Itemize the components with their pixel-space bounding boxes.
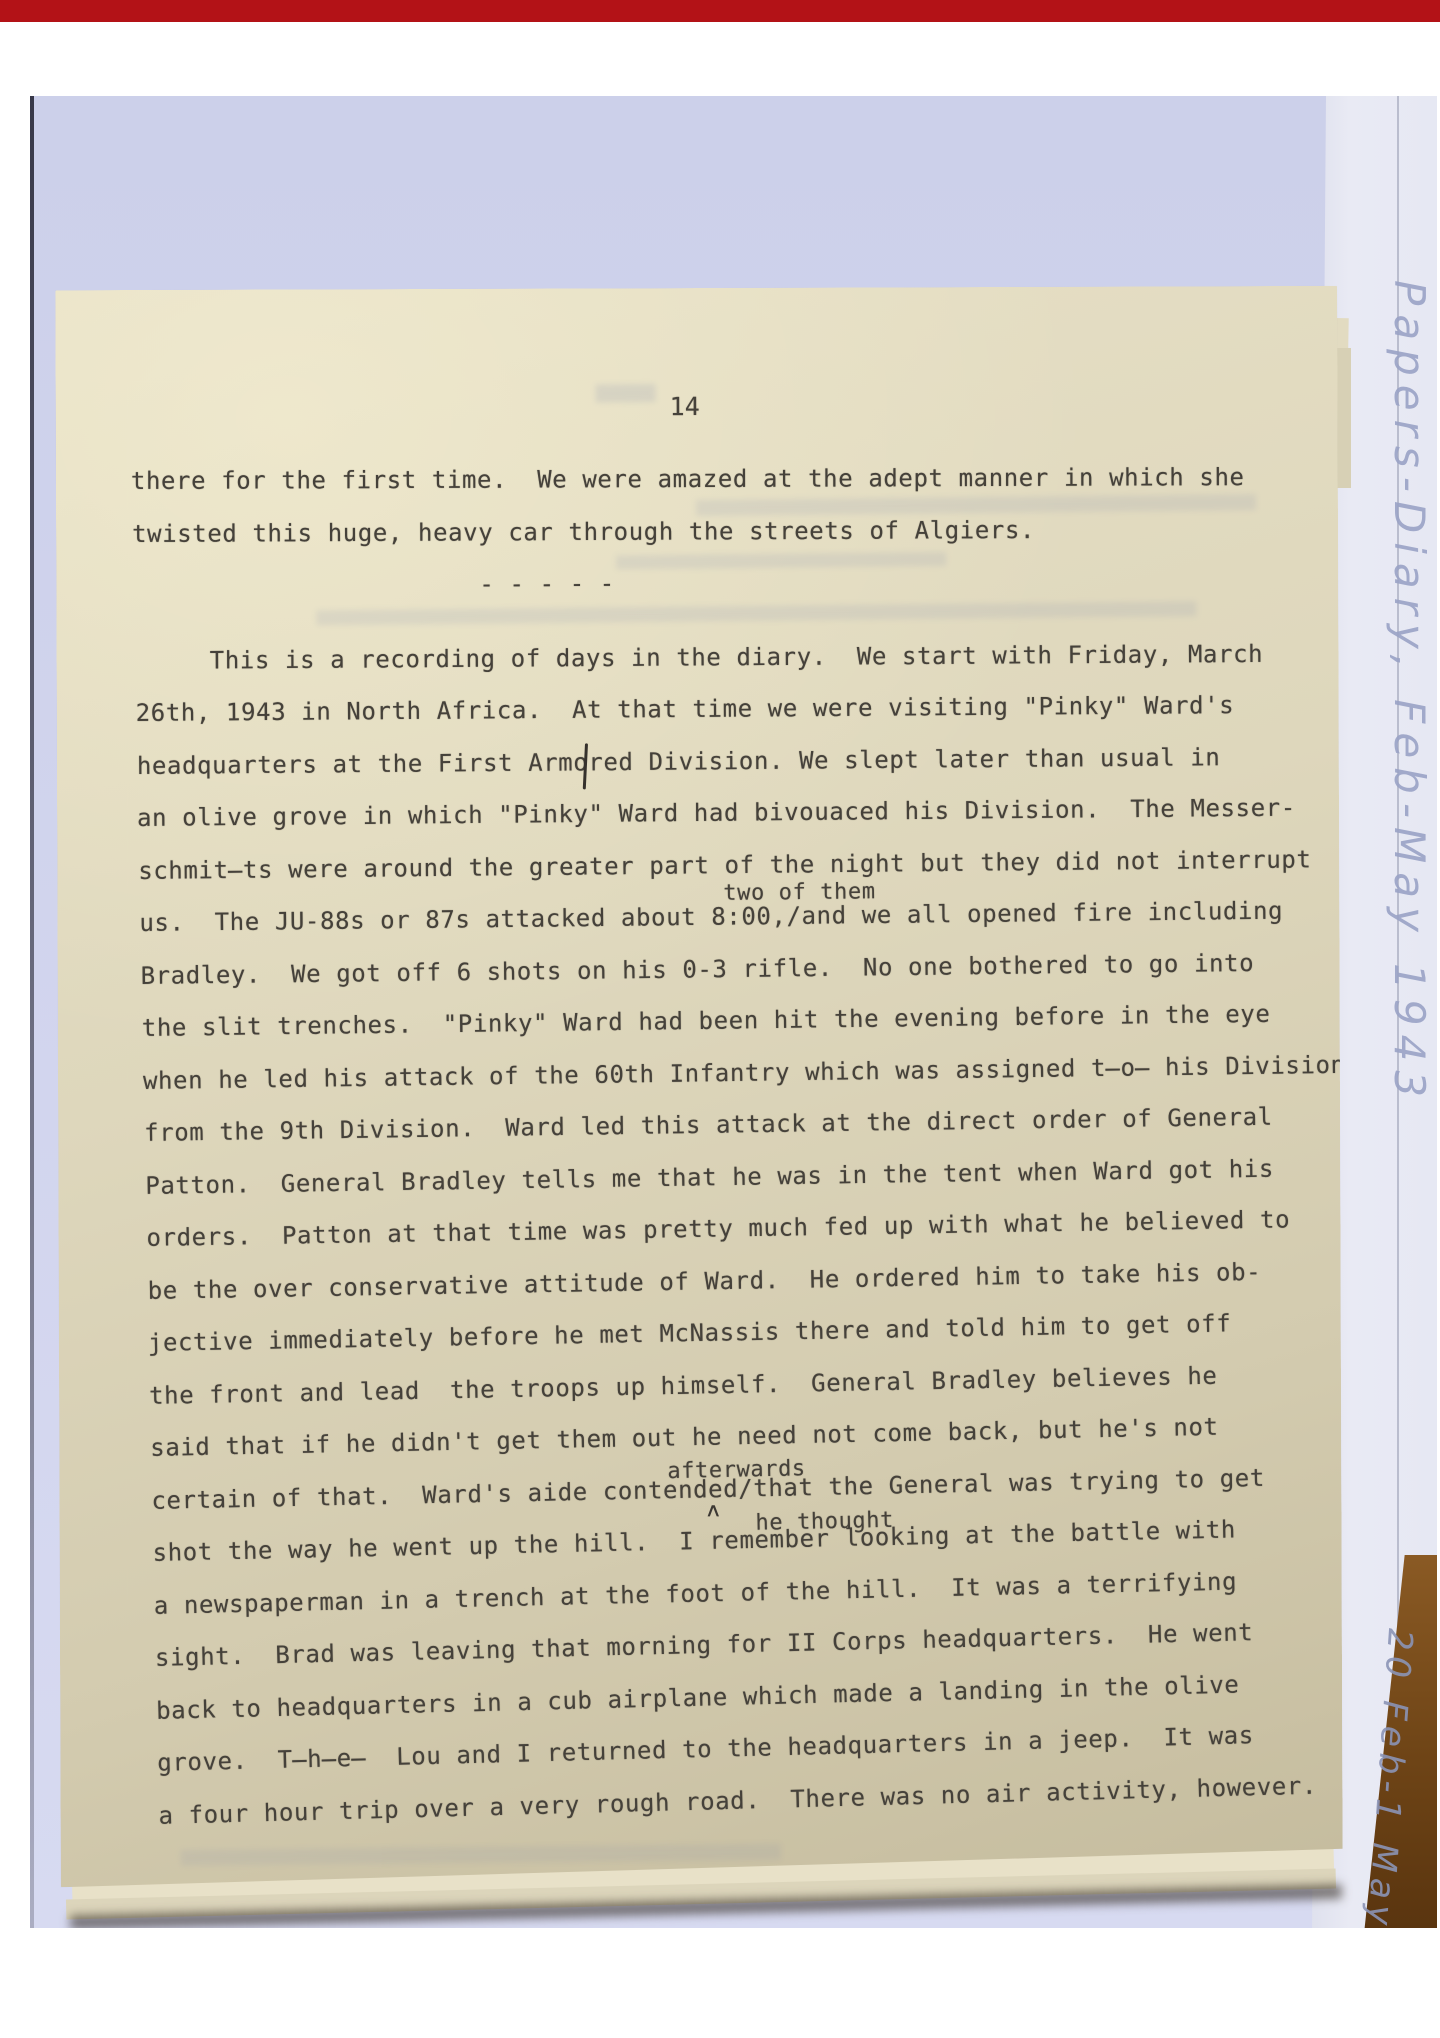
typed-line: schmit̶ts were around the greater part o… bbox=[138, 845, 1311, 885]
typed-line: be the over conservative attitude of War… bbox=[147, 1257, 1261, 1304]
photo-area: Papers-Diary, Feb-May 1943 14 there for … bbox=[30, 96, 1437, 1928]
typed-line: jective immediately before he met McNass… bbox=[148, 1309, 1232, 1357]
page-number: 14 bbox=[670, 392, 700, 421]
red-top-bar bbox=[0, 0, 1440, 22]
typed-insertion: he thought bbox=[755, 1508, 894, 1536]
typed-line: back to headquarters in a cub airplane w… bbox=[156, 1670, 1240, 1724]
typed-line: the front and lead the troops up himself… bbox=[149, 1361, 1218, 1409]
handwritten-side-note: Papers-Diary, Feb-May 1943 bbox=[1394, 280, 1434, 1480]
typed-line: orders. Patton at that time was pretty m… bbox=[146, 1205, 1290, 1252]
typed-line: This is a recording of days in the diary… bbox=[134, 639, 1263, 674]
typed-text-block: there for the first time. We were amazed… bbox=[55, 286, 1337, 290]
typed-line: twisted this huge, heavy car through the… bbox=[132, 516, 1035, 548]
typed-line: headquarters at the First Armored Divisi… bbox=[136, 743, 1220, 780]
typed-insertion: two of them bbox=[723, 879, 876, 906]
diary-page: 14 there for the first time. We were ama… bbox=[55, 286, 1343, 1887]
typed-line: us. The JU-88s or 87s attacked about 8:0… bbox=[139, 897, 1283, 937]
bleed-through-text bbox=[316, 601, 1196, 625]
typed-line: an olive grove in which "Pinky" Ward had… bbox=[137, 794, 1296, 832]
typed-line: 26th, 1943 in North Africa. At that time… bbox=[135, 691, 1234, 727]
typed-line: a four hour trip over a very rough road.… bbox=[158, 1771, 1317, 1829]
typed-line: shot the way he went up the hill. I reme… bbox=[152, 1515, 1236, 1566]
typed-line: Bradley. We got off 6 shots on his 0-3 r… bbox=[141, 948, 1255, 989]
typed-line: sight. Brad was leaving that morning for… bbox=[154, 1618, 1253, 1672]
caret-icon: ∧ bbox=[704, 1499, 722, 1521]
typed-line: when he led his attack of the 60th Infan… bbox=[143, 1050, 1346, 1094]
bleed-through-text bbox=[181, 1844, 781, 1866]
typed-line: Patton. General Bradley tells me that he… bbox=[145, 1154, 1274, 1199]
photo-left-crease bbox=[30, 96, 34, 1928]
bleed-through-text bbox=[595, 384, 655, 403]
bleed-through-text bbox=[696, 494, 1256, 516]
typed-insertion: afterwards bbox=[667, 1456, 806, 1484]
typed-line: from the 9th Division. Ward led this att… bbox=[144, 1103, 1273, 1147]
typed-line: there for the first time. We were amazed… bbox=[131, 463, 1245, 495]
typed-line: the slit trenches. "Pinky" Ward had been… bbox=[142, 1000, 1271, 1042]
typed-line: said that if he didn't get them out he n… bbox=[150, 1413, 1219, 1462]
scanned-diary-page: Papers-Diary, Feb-May 1943 14 there for … bbox=[0, 0, 1440, 2038]
typed-line: - - - - - bbox=[133, 569, 615, 600]
typed-line: grove. T̶h̶e̶ Lou and I returned to the … bbox=[157, 1721, 1254, 1777]
bleed-through-text bbox=[616, 552, 946, 569]
typed-line: a newspaperman in a trench at the foot o… bbox=[153, 1567, 1237, 1619]
